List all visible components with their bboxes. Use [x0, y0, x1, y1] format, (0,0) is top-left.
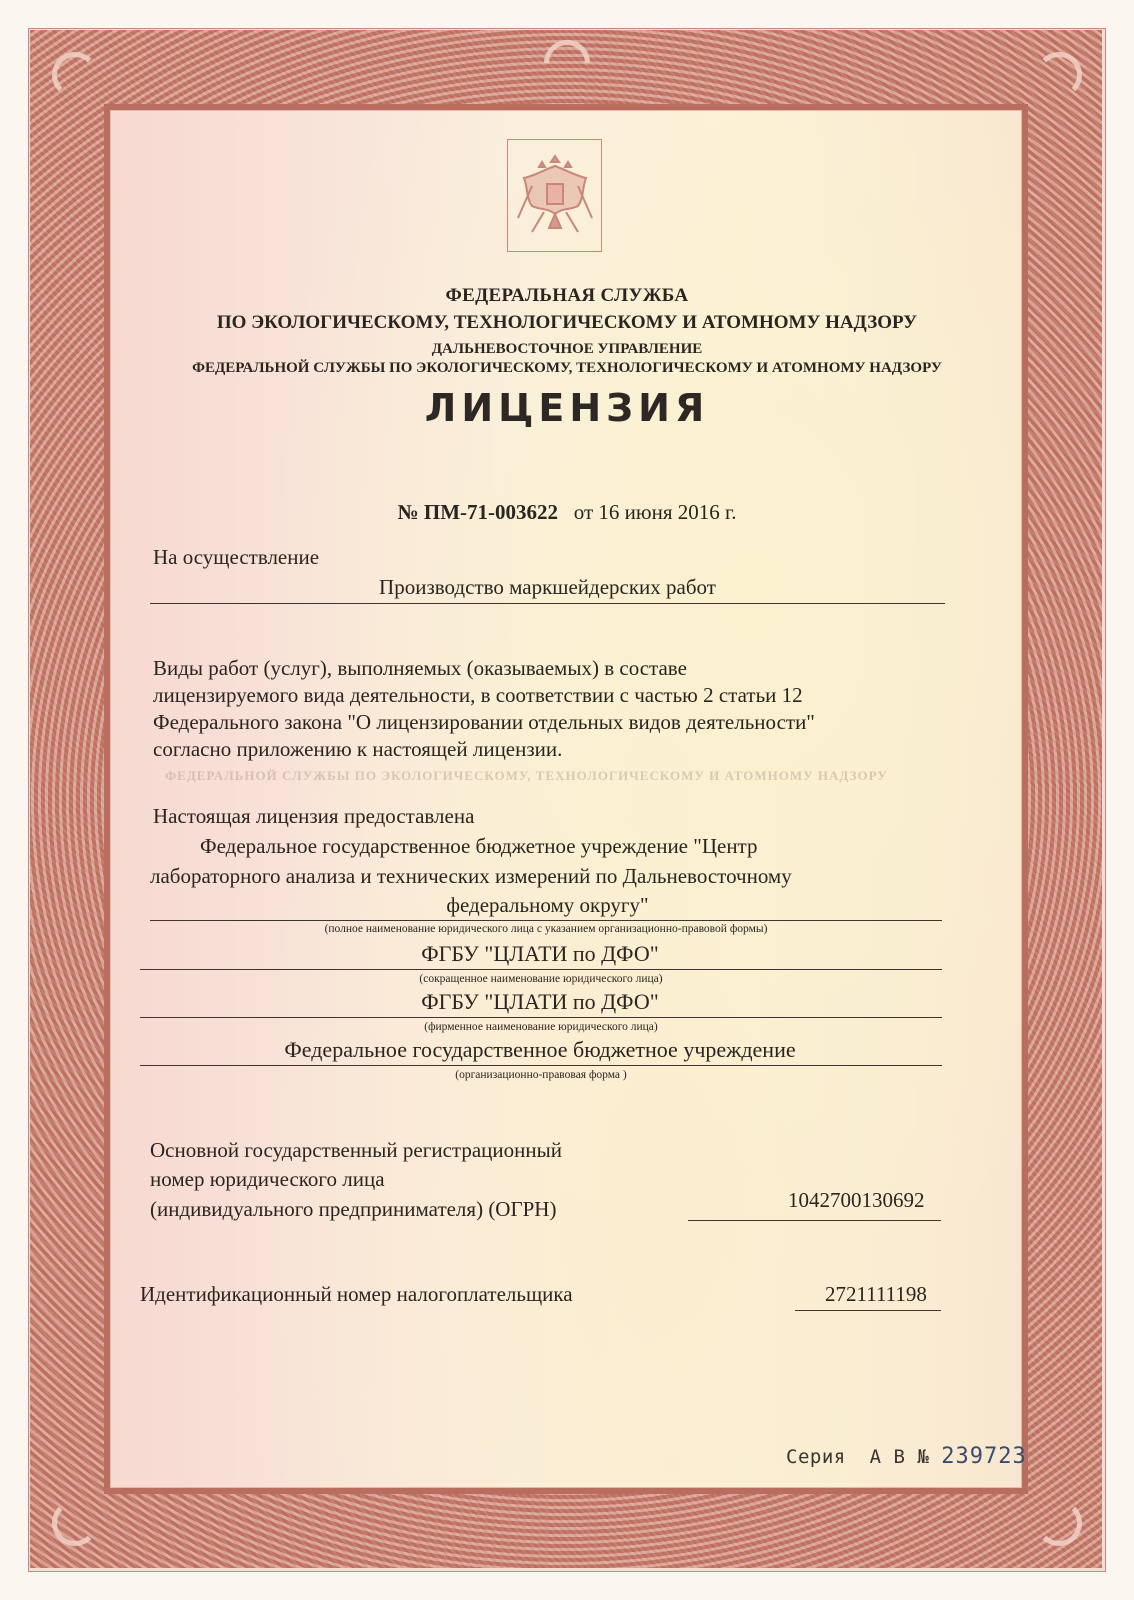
- license-date: от 16 июня 2016 г.: [574, 500, 737, 524]
- short-name-underline: [140, 969, 942, 970]
- document-title: ЛИЦЕНЗИЯ: [0, 386, 1134, 430]
- number-sign: №: [398, 500, 419, 524]
- granted-label: Настоящая лицензия предоставлена: [153, 803, 474, 830]
- license-number-line: № ПМ-71-003622 от 16 июня 2016 г.: [0, 500, 1134, 525]
- ogrn-value: 1042700130692: [788, 1187, 925, 1214]
- corner-scroll-icon: [1036, 1500, 1082, 1546]
- ogrn-underline: [688, 1220, 941, 1221]
- full-name-underline: [150, 920, 942, 921]
- corner-scroll-icon: [1036, 52, 1082, 98]
- serial-label: Серия А В №: [786, 1446, 929, 1468]
- works-paragraph-line1: Виды работ (услуг), выполняемых (оказыва…: [153, 655, 687, 682]
- short-name-caption: (сокращенное наименование юридического л…: [140, 973, 942, 985]
- ogrn-label-line2: номер юридического лица: [150, 1166, 385, 1193]
- inn-value: 2721111198: [825, 1281, 927, 1308]
- full-name-line2: лабораторного анализа и технических изме…: [150, 863, 792, 890]
- brand-name-underline: [140, 1017, 942, 1018]
- works-paragraph-line2: лицензируемого вида деятельности, в соот…: [153, 682, 803, 709]
- works-paragraph-line3: Федерального закона "О лицензировании от…: [153, 709, 815, 736]
- full-name-line3: федеральному округу": [150, 892, 945, 919]
- activity-label: На осуществление: [153, 544, 319, 571]
- ogrn-label-line1: Основной государственный регистрационный: [150, 1137, 562, 1164]
- agency-name-line1: ФЕДЕРАЛЬНАЯ СЛУЖБА: [0, 285, 1134, 307]
- corner-scroll-icon: [52, 1500, 98, 1546]
- works-paragraph-line4: согласно приложению к настоящей лицензии…: [153, 736, 562, 763]
- legal-form-underline: [140, 1065, 942, 1066]
- full-name-caption: (полное наименование юридического лица с…: [150, 923, 942, 935]
- short-name: ФГБУ "ЦЛАТИ по ДФО": [140, 940, 940, 967]
- russian-coat-of-arms-icon: [514, 148, 596, 244]
- ogrn-label-line3: (индивидуального предпринимателя) (ОГРН): [150, 1196, 556, 1223]
- department-name-line2: ФЕДЕРАЛЬНОЙ СЛУЖБЫ ПО ЭКОЛОГИЧЕСКОМУ, ТЕ…: [0, 360, 1134, 377]
- activity-value: Производство маркшейдерских работ: [150, 574, 945, 601]
- inn-label: Идентификационный номер налогоплательщик…: [140, 1281, 573, 1308]
- license-number: ПМ-71-003622: [424, 500, 558, 524]
- legal-form: Федеральное государственное бюджетное уч…: [140, 1036, 940, 1063]
- brand-name-caption: (фирменное наименование юридического лиц…: [140, 1021, 942, 1033]
- legal-form-caption: (организационно-правовая форма ): [140, 1069, 942, 1081]
- brand-name: ФГБУ "ЦЛАТИ по ДФО": [140, 988, 940, 1015]
- inn-underline: [795, 1310, 941, 1311]
- activity-underline: [150, 603, 945, 604]
- corner-scroll-icon: [52, 52, 98, 98]
- ghost-watermark-text: ФЕДЕРАЛЬНОЙ СЛУЖБЫ ПО ЭКОЛОГИЧЕСКОМУ, ТЕ…: [165, 768, 888, 784]
- serial-number-block: Серия А В № 239723: [786, 1444, 1027, 1469]
- agency-name-line2: ПО ЭКОЛОГИЧЕСКОМУ, ТЕХНОЛОГИЧЕСКОМУ И АТ…: [0, 312, 1134, 334]
- department-name-line1: ДАЛЬНЕВОСТОЧНОЕ УПРАВЛЕНИЕ: [0, 341, 1134, 358]
- serial-number: 239723: [941, 1444, 1026, 1469]
- emblem-frame: [507, 139, 602, 252]
- full-name-line1: Федеральное государственное бюджетное уч…: [200, 833, 757, 860]
